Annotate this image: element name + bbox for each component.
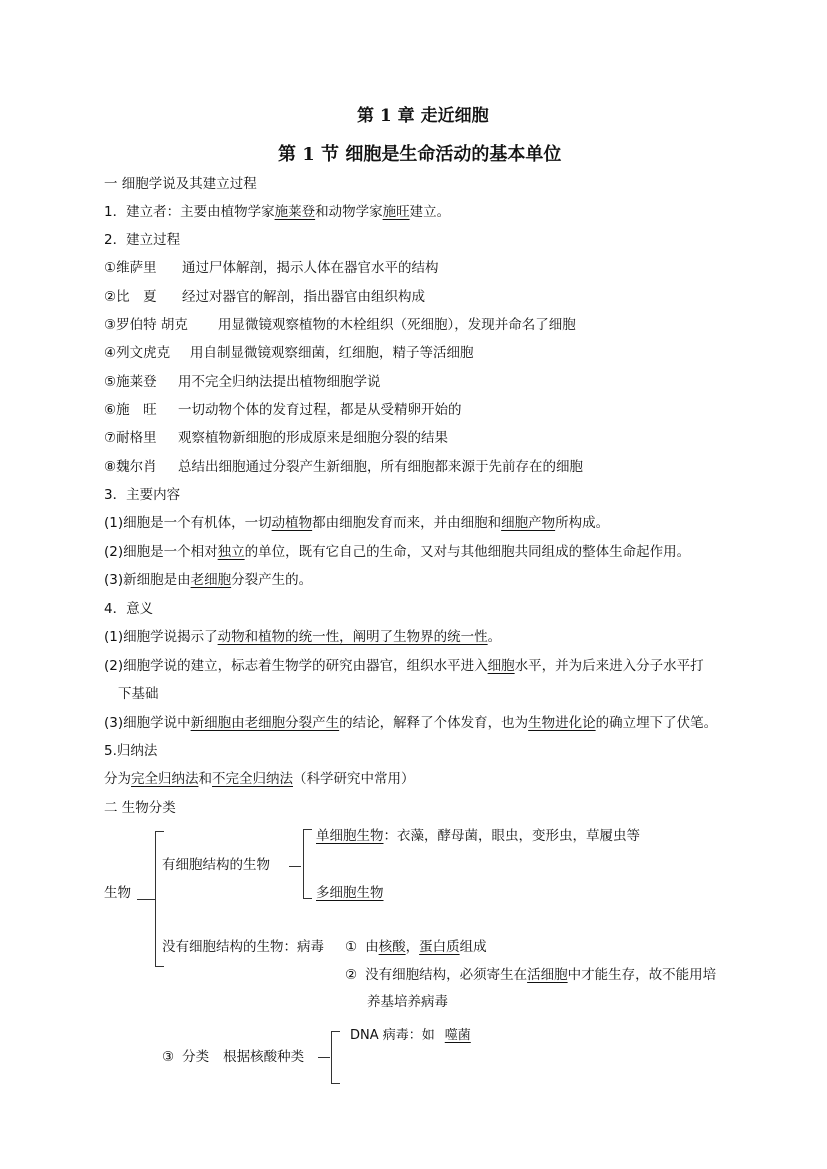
section-title: 第 1 节 细胞是生命活动的基本单位 [278, 140, 561, 166]
scientist-name: ②比 夏 [104, 288, 182, 306]
text: 中才能生存，故不能用培 [568, 967, 717, 983]
founders-mid: 和动物学家 [315, 204, 383, 220]
dna-virus-prefix: DNA 病毒：如 [350, 1028, 435, 1043]
meaning-point-2-cont: 下基础 [118, 685, 159, 703]
unicellular-label: 单细胞生物 [310, 828, 384, 844]
induction-heading: 5.归纳法 [104, 742, 157, 760]
scientist-contribution: 总结出细胞通过分裂产生新细胞，所有细胞都来源于先前存在的细胞 [178, 459, 583, 475]
virus-point-3: ③分类根据核酸种类 [162, 1048, 304, 1066]
keyword: 蛋白质 [419, 939, 460, 955]
content-heading: 3．主要内容 [104, 486, 180, 504]
part2-heading: 二 生物分类 [104, 799, 176, 817]
process-item-4: ④列文虎克用自制显微镜观察细菌，红细胞，精子等活细胞 [104, 344, 474, 362]
text: 和 [199, 771, 213, 787]
classification-root: 生物 [104, 884, 131, 902]
unicellular-examples: ：衣藻，酵母菌，眼虫，变形虫，草履虫等 [384, 828, 641, 844]
classify-connector [318, 1057, 330, 1058]
text: 由 [365, 939, 379, 955]
keyword: 完全归纳法 [131, 771, 199, 787]
text: 的确立埋下了伏笔。 [596, 715, 718, 731]
cellular-connector [289, 866, 301, 867]
acellular-organisms: 没有细胞结构的生物：病毒 [162, 938, 324, 956]
keyword: 细胞产物 [501, 515, 555, 531]
classify-label: 分类 [182, 1049, 209, 1065]
process-item-1: ①维萨里通过尸体解剖，揭示人体在器官水平的结构 [104, 259, 439, 277]
cellular-brace [303, 829, 304, 899]
point-number: ② [345, 967, 357, 983]
chapter-title: 第 1 章 走近细胞 [357, 101, 489, 126]
founder-animal: 施旺 [383, 204, 410, 220]
text: 的结论，解释了个体发育，也为 [339, 715, 528, 731]
scientist-name: ⑦耐格里 [104, 429, 178, 447]
text: (3)新细胞是由 [104, 572, 191, 588]
multicellular-label: 多细胞生物 [316, 884, 384, 902]
process-item-5: ⑤施莱登用不完全归纳法提出植物细胞学说 [104, 373, 381, 391]
text: (1)细胞学说揭示了 [104, 629, 218, 645]
scientist-name: ⑤施莱登 [104, 373, 178, 391]
classify-brace [331, 1031, 332, 1084]
process-heading: 2．建立过程 [104, 231, 180, 249]
founders-suffix: 建立。 [410, 204, 451, 220]
virus-point-1: ①由核酸，蛋白质组成 [345, 938, 487, 956]
virus-point-2-cont: 养基培养病毒 [367, 993, 448, 1011]
content-point-2: (2)细胞是一个相对独立的单位，既有它自己的生命，又对与其他细胞共同组成的整体生… [104, 543, 690, 561]
process-item-6: ⑥施 旺一切动物个体的发育过程，都是从受精卵开始的 [104, 401, 462, 419]
scientist-name: ⑧魏尔肖 [104, 458, 178, 476]
scientist-name: ③罗伯特 胡克 [104, 316, 218, 334]
multicellular-text: 多细胞生物 [316, 885, 384, 901]
keyword: 新细胞由老细胞分裂产生 [191, 715, 340, 731]
text: 。 [488, 629, 502, 645]
founders-prefix: 1．建立者：主要由植物学家 [104, 204, 275, 220]
cellular-organisms: 有细胞结构的生物 [162, 856, 270, 874]
text: 都由细胞发育而来，并由细胞和 [312, 515, 501, 531]
scientist-name: ①维萨里 [104, 259, 182, 277]
scientist-contribution: 用自制显微镜观察细菌，红细胞，精子等活细胞 [190, 345, 474, 361]
founder-plant: 施莱登 [275, 204, 316, 220]
process-item-7: ⑦耐格里观察植物新细胞的形成原来是细胞分裂的结果 [104, 429, 448, 447]
classify-basis: 根据核酸种类 [223, 1049, 304, 1065]
text: (1)细胞是一个有机体，一切 [104, 515, 272, 531]
keyword: 细胞 [488, 658, 515, 674]
scientist-contribution: 通过尸体解剖，揭示人体在器官水平的结构 [182, 260, 439, 276]
root-brace [155, 831, 156, 967]
point-number: ① [345, 939, 357, 955]
part1-heading: 一 细胞学说及其建立过程 [104, 175, 257, 193]
meaning-point-2: (2)细胞学说的建立，标志着生物学的研究由器官，组织水平进入细胞水平，并为后来进… [104, 657, 704, 675]
process-item-2: ②比 夏经过对器官的解剖，指出器官由组织构成 [104, 288, 425, 306]
scientist-name: ④列文虎克 [104, 344, 190, 362]
content-point-3: (3)新细胞是由老细胞分裂产生的。 [104, 571, 312, 589]
dna-virus-line: DNA 病毒：如噬菌 [350, 1027, 471, 1045]
text: (2)细胞是一个相对 [104, 544, 218, 560]
unicellular-line: 单细胞生物：衣藻，酵母菌，眼虫，变形虫，草履虫等 [310, 827, 640, 845]
dna-virus-example: 噬菌 [445, 1028, 471, 1043]
scientist-contribution: 用显微镜观察植物的木栓组织（死细胞），发现并命名了细胞 [218, 317, 576, 333]
scientist-contribution: 用不完全归纳法提出植物细胞学说 [178, 374, 381, 390]
content-point-1: (1)细胞是一个有机体，一切动植物都由细胞发育而来，并由细胞和细胞产物所构成。 [104, 514, 609, 532]
text: 组成 [460, 939, 487, 955]
keyword: 动植物 [272, 515, 313, 531]
keyword: 老细胞 [191, 572, 232, 588]
text: 分裂产生的。 [231, 572, 312, 588]
root-connector [137, 899, 147, 900]
text: （科学研究中常用） [293, 771, 415, 787]
meaning-point-3: (3)细胞学说中新细胞由老细胞分裂产生的结论，解释了个体发育，也为生物进化论的确… [104, 714, 717, 732]
founders-line: 1．建立者：主要由植物学家施莱登和动物学家施旺建立。 [104, 203, 450, 221]
text: 的单位，既有它自己的生命，又对与其他细胞共同组成的整体生命起作用。 [245, 544, 691, 560]
keyword: 活细胞 [527, 967, 568, 983]
text: (2)细胞学说的建立，标志着生物学的研究由器官，组织水平进入 [104, 658, 488, 674]
keyword: 独立 [218, 544, 245, 560]
meaning-point-1: (1)细胞学说揭示了动物和植物的统一性，阐明了生物界的统一性。 [104, 628, 501, 646]
process-item-8: ⑧魏尔肖总结出细胞通过分裂产生新细胞，所有细胞都来源于先前存在的细胞 [104, 458, 583, 476]
text: ， [406, 939, 420, 955]
keyword: 核酸 [379, 939, 406, 955]
scientist-contribution: 观察植物新细胞的形成原来是细胞分裂的结果 [178, 430, 448, 446]
keyword: 动物和植物的统一性，阐明了生物界的统一性 [218, 629, 488, 645]
point-number: ③ [162, 1049, 174, 1065]
scientist-name: ⑥施 旺 [104, 401, 178, 419]
text: (3)细胞学说中 [104, 715, 191, 731]
root-brace-tip [147, 899, 155, 900]
scientist-contribution: 一切动物个体的发育过程，都是从受精卵开始的 [178, 402, 462, 418]
keyword: 不完全归纳法 [212, 771, 293, 787]
virus-point-2: ②没有细胞结构，必须寄生在活细胞中才能生存，故不能用培 [345, 966, 716, 984]
keyword: 生物进化论 [528, 715, 596, 731]
scientist-contribution: 经过对器官的解剖，指出器官由组织构成 [182, 289, 425, 305]
text: 水平，并为后来进入分子水平打 [515, 658, 704, 674]
process-item-3: ③罗伯特 胡克用显微镜观察植物的木栓组织（死细胞），发现并命名了细胞 [104, 316, 576, 334]
meaning-heading: 4．意义 [104, 600, 153, 618]
text: 没有细胞结构，必须寄生在 [365, 967, 527, 983]
induction-line: 分为完全归纳法和不完全归纳法（科学研究中常用） [104, 770, 415, 788]
text: 所构成。 [555, 515, 609, 531]
text: 分为 [104, 771, 131, 787]
